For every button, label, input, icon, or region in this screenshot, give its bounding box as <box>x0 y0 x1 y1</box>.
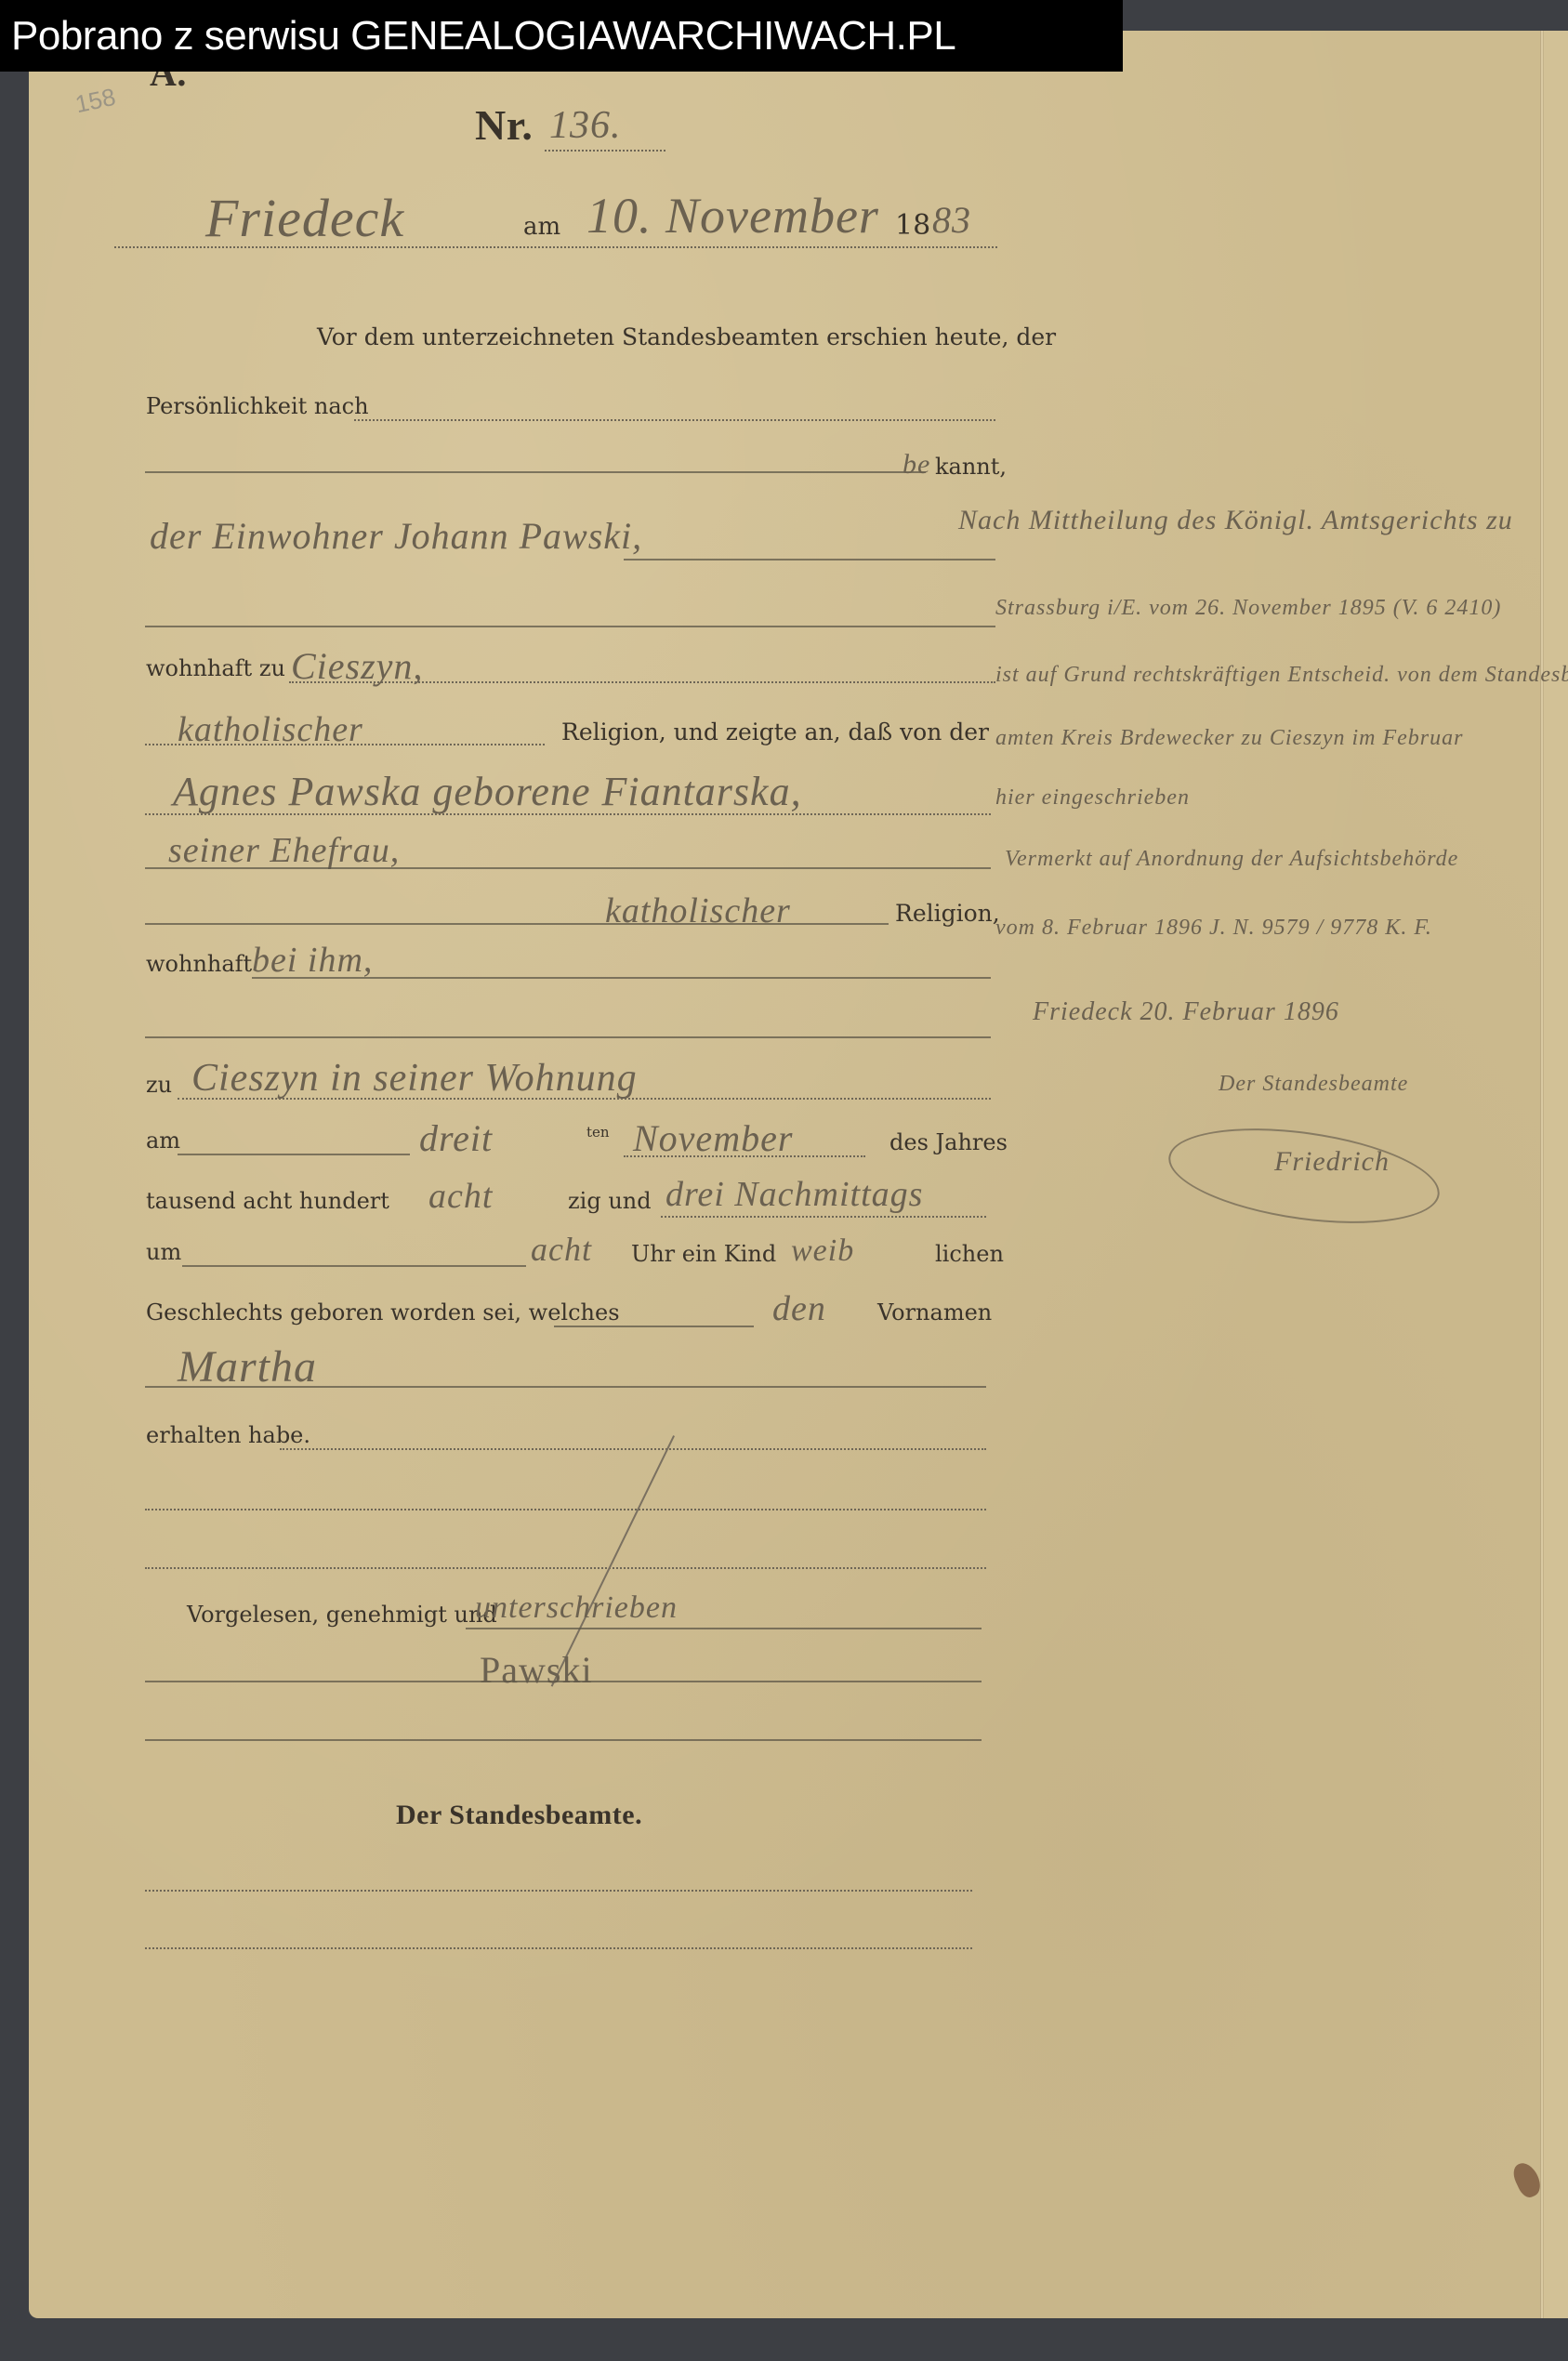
blank-line-5 <box>145 1739 982 1741</box>
official-title-signature: Der Standesbeamte <box>1219 1072 1408 1097</box>
vorgelesen-label: Vorgelesen, genehmigt und <box>187 1602 497 1628</box>
margin-line-1: Nach Mittheilung des Königl. Amtsgericht… <box>958 505 1513 536</box>
official-line-1 <box>145 1890 972 1892</box>
informant-line <box>624 559 995 561</box>
birth-hour-line <box>182 1265 526 1267</box>
welches-value: den <box>772 1288 826 1329</box>
mother-relation: seiner Ehefrau, <box>168 830 400 871</box>
birth-decade: acht <box>428 1176 493 1217</box>
erhalten-label: erhalten habe. <box>146 1422 310 1448</box>
informant-signature: Pawski <box>480 1648 593 1692</box>
vorgelesen-value: unterschrieben <box>475 1590 678 1626</box>
zig-und-label: zig und <box>568 1188 652 1214</box>
vornamen-label: Vornamen <box>877 1299 992 1326</box>
child-sex: weib <box>791 1233 854 1269</box>
margin-line-4: amten Kreis Brdewecker zu Cieszyn im Feb… <box>995 726 1463 751</box>
registration-place: Friedeck <box>205 187 404 249</box>
geschlechts-label: Geschlechts geboren worden sei, welches <box>146 1299 620 1326</box>
birth-day: dreit <box>419 1116 493 1160</box>
binding-flap <box>1544 31 1568 2318</box>
record-number: 136. <box>549 103 622 148</box>
child-name: Martha <box>178 1341 317 1392</box>
margin-line-6: Vermerkt auf Anordnung der Aufsichtsbehö… <box>1005 847 1458 872</box>
signature-flourish <box>1163 1114 1445 1238</box>
um-label: um <box>146 1239 181 1265</box>
persoenlichkeit-label: Persönlichkeit nach <box>146 393 369 419</box>
margin-line-8: Friedeck 20. Februar 1896 <box>1033 997 1339 1027</box>
birth-year-unit-time: drei Nachmittags <box>665 1174 923 1215</box>
informant-name: der Einwohner Johann Pawski, <box>150 514 642 558</box>
signature-line <box>145 1681 982 1682</box>
des-jahres-label: des Jahres <box>889 1129 1008 1155</box>
am-label: am <box>523 213 560 241</box>
year-suffix: 83 <box>932 198 971 242</box>
birth-year-line <box>661 1216 986 1218</box>
record-number-line <box>545 150 665 152</box>
register-page: A. 158 Nr. 136. Friedeck am 10. November… <box>29 31 1568 2318</box>
erhalten-line <box>280 1448 986 1450</box>
blank-line-2 <box>145 1036 991 1038</box>
margin-line-2: Strassburg i/E. vom 26. November 1895 (V… <box>995 596 1501 621</box>
zu-label: zu <box>146 1072 172 1098</box>
date-line <box>114 246 997 248</box>
page-fold <box>1540 31 1544 2318</box>
persoenlichkeit-line <box>354 419 995 421</box>
mother-religion-line <box>145 923 889 925</box>
mother-residence: bei ihm, <box>252 940 373 981</box>
bekannt-prefix: be <box>903 449 930 481</box>
residence-line <box>289 681 995 683</box>
margin-line-7: vom 8. Februar 1896 J. N. 9579 / 9778 K.… <box>995 916 1432 941</box>
child-name-line <box>145 1386 986 1388</box>
blank-line-3 <box>145 1509 986 1510</box>
birth-month: November <box>633 1116 793 1160</box>
informant-religion-line <box>145 744 545 745</box>
margin-line-5: hier eingeschrieben <box>995 785 1190 811</box>
year-prefix: 18 <box>895 209 930 242</box>
standesbeamte-label: Der Standesbeamte. <box>396 1800 642 1831</box>
mother-name: Agnes Pawska geborene Fiantarska, <box>173 768 802 815</box>
pencil-page-number: 158 <box>72 83 118 119</box>
birth-month-line <box>624 1155 865 1157</box>
bekannt-line <box>145 471 926 473</box>
nr-label: Nr. <box>475 100 533 150</box>
watermark-banner: Pobrano z serwisu GENEALOGIAWARCHIWACH.P… <box>0 0 1123 72</box>
intro-text: Vor dem unterzeichneten Standesbeamten e… <box>317 323 1056 350</box>
mother-relation-line <box>145 867 991 869</box>
bekannt-label: kannt, <box>935 454 1007 480</box>
wohnhaft-zu-label: wohnhaft zu <box>146 655 285 681</box>
official-line-2 <box>145 1947 972 1949</box>
birth-day-suffix: ten <box>586 1124 610 1141</box>
welches-line <box>554 1326 754 1327</box>
vorgelesen-line <box>466 1628 982 1629</box>
birth-place-line <box>178 1098 991 1100</box>
mother-name-line <box>145 813 991 815</box>
mother-religion: katholischer <box>605 890 791 931</box>
birth-hour: acht <box>531 1230 592 1269</box>
birth-place: Cieszyn in seiner Wohnung <box>191 1056 638 1101</box>
mother-residence-line <box>252 977 991 979</box>
registration-date: 10. November <box>586 187 879 244</box>
margin-line-3: ist auf Grund rechtskräftigen Entscheid.… <box>995 663 1568 688</box>
am-birth-label: am <box>146 1128 180 1154</box>
wohnhaft-label: wohnhaft <box>146 951 252 977</box>
blank-line-1 <box>145 626 995 627</box>
lichen-label: lichen <box>935 1241 1004 1267</box>
religion-clause: Religion, und zeigte an, daß von der <box>561 719 989 745</box>
birth-day-line <box>178 1154 410 1155</box>
uhr-kind-label: Uhr ein Kind <box>631 1241 776 1267</box>
blank-line-4 <box>145 1567 986 1569</box>
tausend-label: tausend acht hundert <box>146 1188 389 1214</box>
religion-label: Religion, <box>895 900 1000 927</box>
